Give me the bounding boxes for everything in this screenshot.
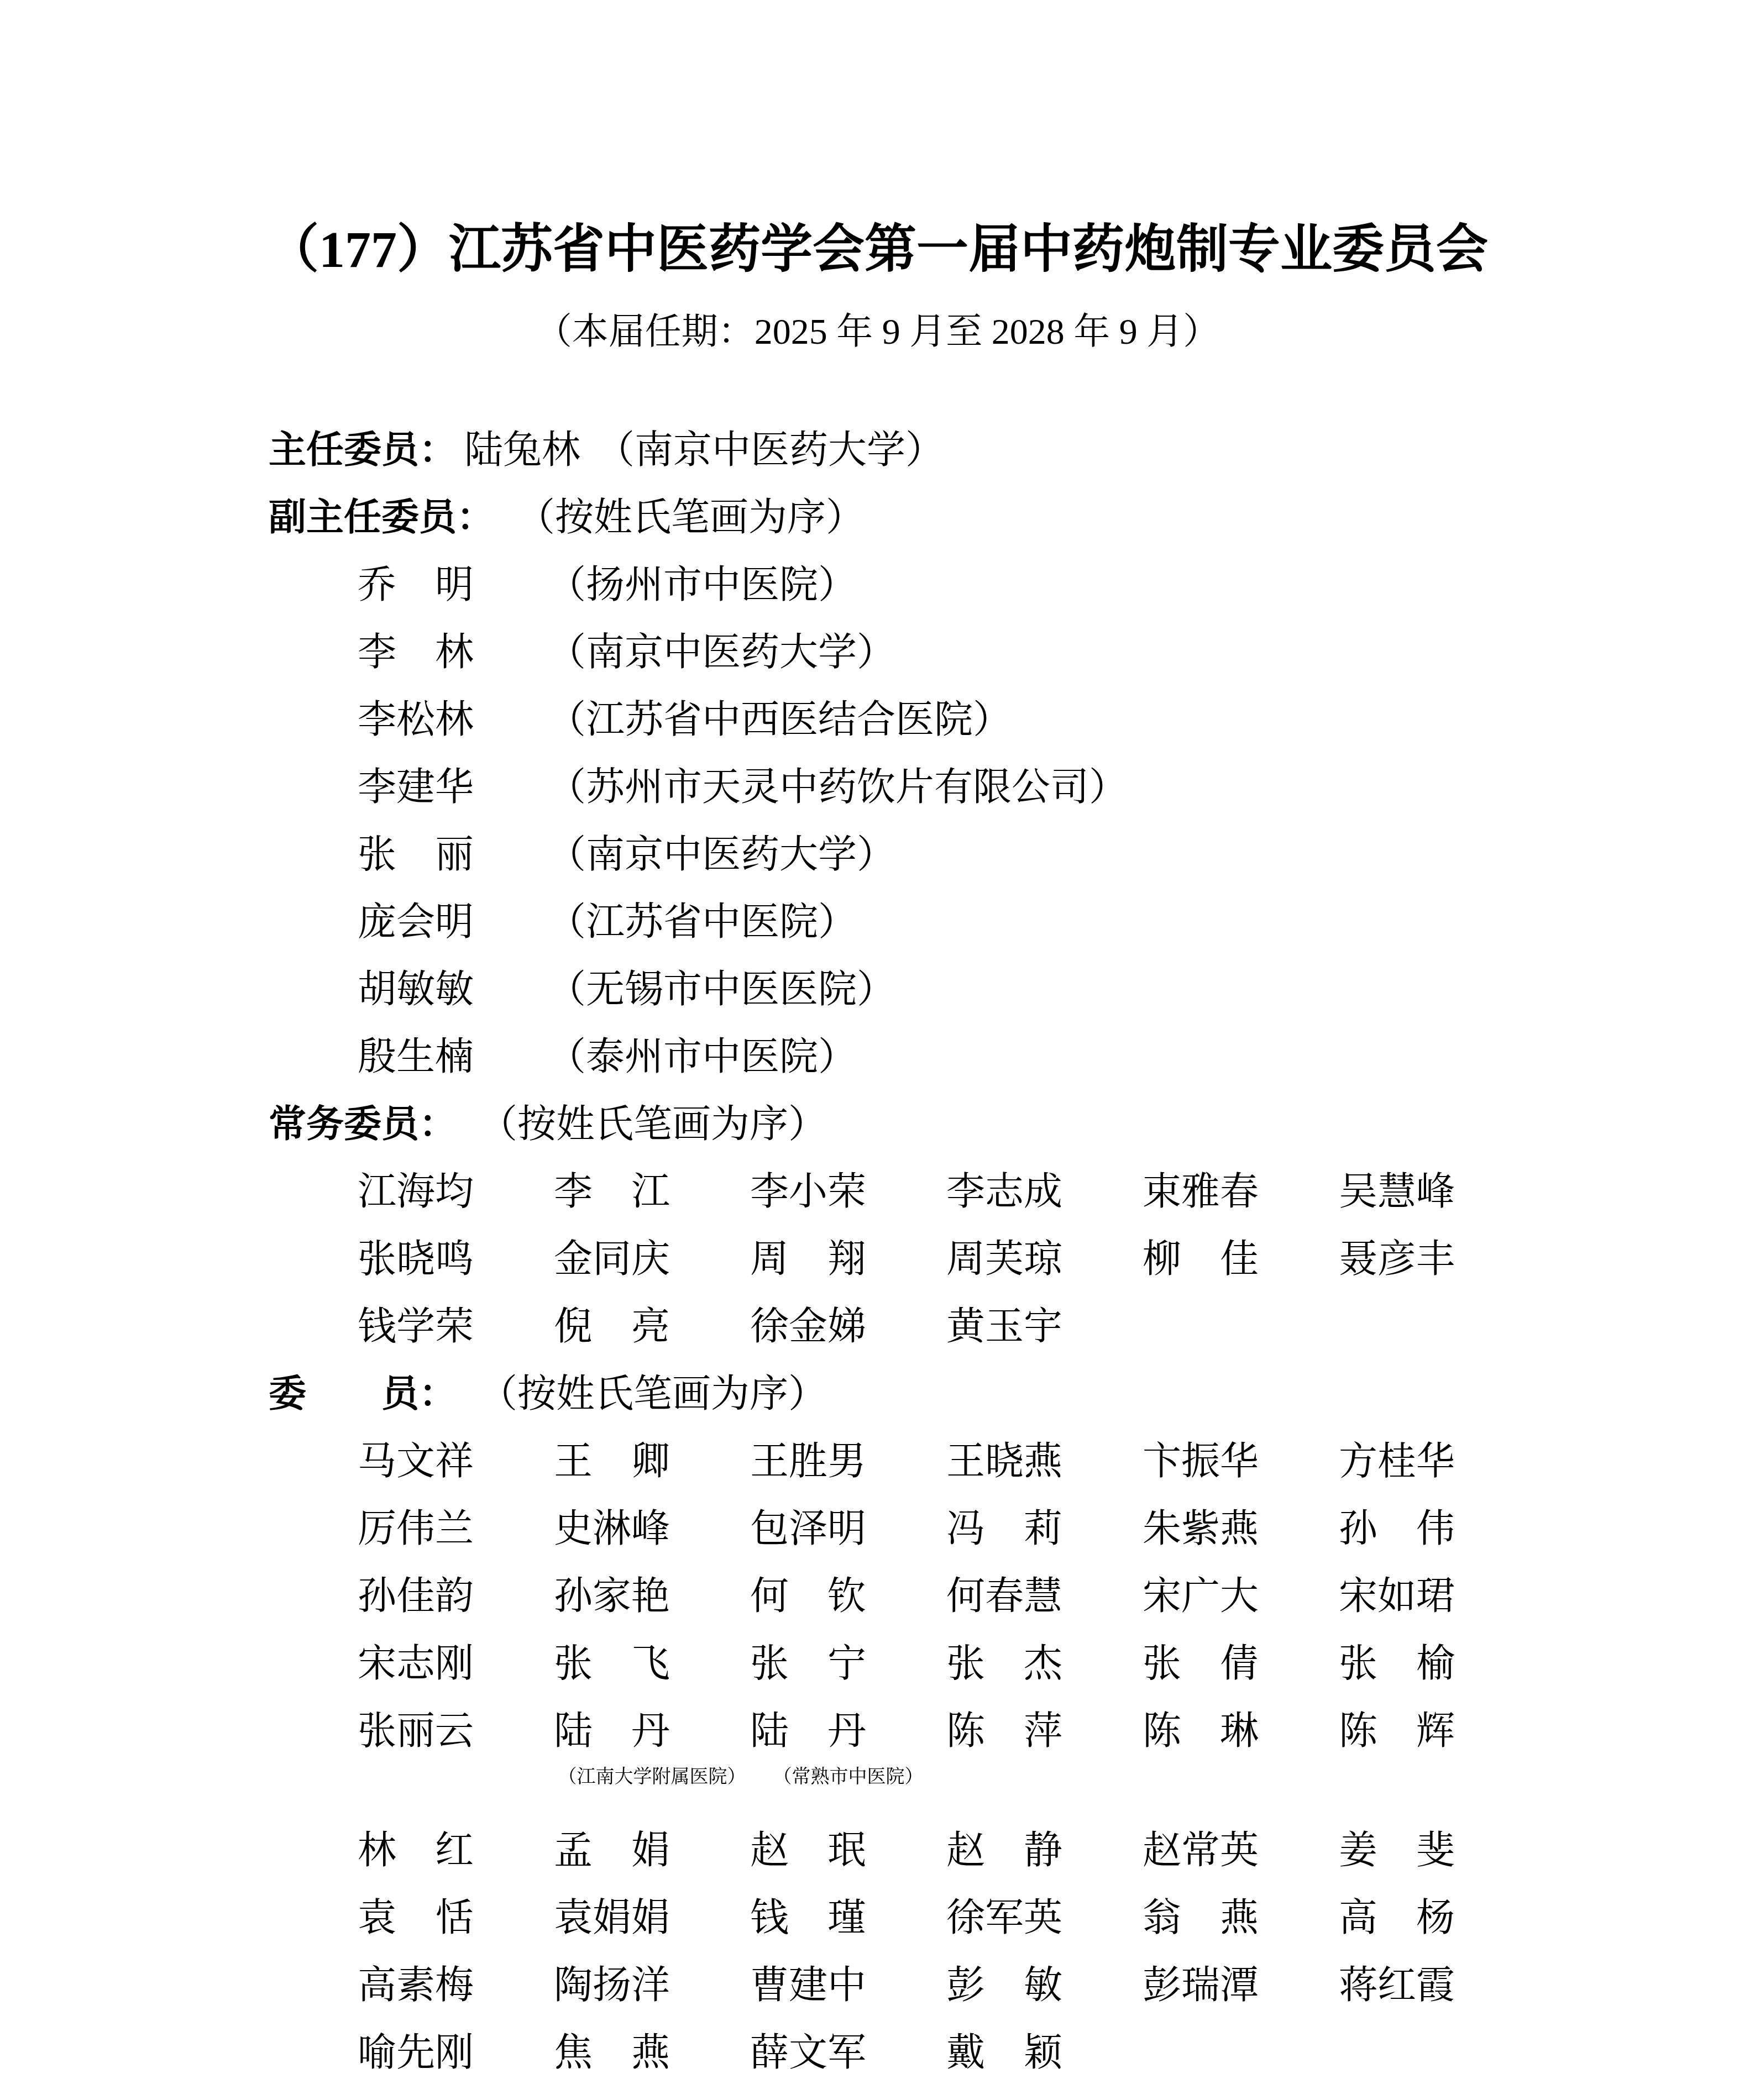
member-name: 冯 莉: [946, 1498, 1065, 1553]
vice-chair-org: （扬州市中医院）: [547, 554, 857, 610]
member-name: 金同庆: [554, 1228, 673, 1284]
member-name: 蒋红霞: [1339, 1954, 1458, 2010]
member-name: 钱学荣: [358, 1295, 476, 1351]
member-name: 张 倩: [1143, 1632, 1261, 1688]
page-title: （177）江苏省中医药学会第一届中药炮制专业委员会: [0, 218, 1755, 282]
member-name: 江海均: [358, 1161, 476, 1216]
member-name: 袁娟娟: [554, 1887, 673, 1943]
member-name: 彭瑞潭: [1143, 1954, 1261, 2010]
members-label: 委 员：: [269, 1364, 457, 1418]
member-name: 柳 佳: [1143, 1228, 1261, 1284]
member-annotation: （江南大学附属医院）: [554, 1765, 750, 1790]
member-name: 陆 丹: [554, 1700, 673, 1756]
members-row: 林 红 孟 娟 赵 珉 赵 静 赵常英 姜 斐: [269, 1813, 1755, 1881]
member-annotation: （常熟市中医院）: [750, 1765, 946, 1790]
vice-chair-name: 李松林: [358, 689, 476, 744]
document-page: { "page": { "title": "（177）江苏省中医药学会第一届中药…: [0, 0, 1755, 2100]
member-name: 姜 斐: [1339, 1819, 1458, 1875]
vice-chair-name: 殷生楠: [358, 1026, 476, 1081]
members-row: 喻先刚 焦 燕 薛文军 戴 颖: [269, 2015, 1755, 2083]
vice-chair-org: （江苏省中西医结合医院）: [547, 689, 1012, 744]
vice-chair-row: 李 林 （南京中医药大学）: [269, 615, 1755, 683]
member-name: 张 杰: [946, 1632, 1065, 1688]
member-name: 张 宁: [750, 1632, 869, 1688]
vice-chair-org: （苏州市天灵中药饮片有限公司）: [547, 756, 1128, 812]
member-name: 焦 燕: [554, 2022, 673, 2077]
members-row: 袁 恬 袁娟娟 钱 瑾 徐军英 翁 燕 高 杨: [269, 1881, 1755, 1948]
vice-chair-row: 李建华 （苏州市天灵中药饮片有限公司）: [269, 750, 1755, 817]
member-name: 李志成: [946, 1161, 1065, 1216]
member-name: 方桂华: [1339, 1430, 1458, 1486]
member-name: 林 红: [358, 1819, 476, 1875]
member-name: 王 卿: [554, 1430, 673, 1486]
member-name: 钱 瑾: [750, 1887, 869, 1943]
member-name: 厉伟兰: [358, 1498, 476, 1553]
member-name: 王晓燕: [946, 1430, 1065, 1486]
vice-chair-name: 乔 明: [358, 554, 476, 610]
members-note: （按姓氏笔画为序）: [479, 1363, 827, 1419]
members-row: 宋志刚 张 飞 张 宁 张 杰 张 倩 张 榆: [269, 1626, 1755, 1694]
member-name: 高素梅: [358, 1954, 476, 2010]
vice-chair-name: 李建华: [358, 756, 476, 812]
member-name: 喻先刚: [358, 2022, 476, 2077]
vice-chair-row: 乔 明 （扬州市中医院）: [269, 548, 1755, 615]
standing-note: （按姓氏笔画为序）: [479, 1093, 827, 1149]
member-name: 史淋峰: [554, 1498, 673, 1553]
vice-chair-org: （南京中医药大学）: [547, 621, 895, 677]
vice-chair-row: 庞会明 （江苏省中医院）: [269, 885, 1755, 952]
member-name: 吴慧峰: [1339, 1161, 1458, 1216]
member-name: 徐金娣: [750, 1295, 869, 1351]
vice-chairs-note: （按姓氏笔画为序）: [516, 486, 865, 542]
member-name: 张丽云: [358, 1700, 476, 1756]
members-row: 孙佳韵 孙家艳 何 钦 何春慧 宋广大 宋如珺: [269, 1559, 1755, 1626]
member-name: 何春慧: [946, 1565, 1065, 1621]
member-name: 王胜男: [750, 1430, 869, 1486]
member-name: 马文祥: [358, 1430, 476, 1486]
member-name: 聂彦丰: [1339, 1228, 1458, 1284]
member-name: 戴 颖: [946, 2022, 1065, 2077]
members-row: 厉伟兰 史淋峰 包泽明 冯 莉 朱紫燕 孙 伟: [269, 1492, 1755, 1559]
member-name: 孙家艳: [554, 1565, 673, 1621]
vice-chairs-header: 副主任委员： （按姓氏笔画为序）: [269, 480, 1755, 548]
member-name: 陈 辉: [1339, 1700, 1458, 1756]
member-name: 孙佳韵: [358, 1565, 476, 1621]
member-name: 周芙琼: [946, 1228, 1065, 1284]
vice-chair-org: （无锡市中医医院）: [547, 958, 895, 1014]
member-name: 赵 静: [946, 1819, 1065, 1875]
vice-chair-row: 殷生楠 （泰州市中医院）: [269, 1020, 1755, 1087]
vice-chair-name: 张 丽: [358, 823, 476, 879]
vice-chair-org: （南京中医药大学）: [547, 823, 895, 879]
member-name: 陈 萍: [946, 1700, 1065, 1756]
member-name: 周 翔: [750, 1228, 869, 1284]
vice-chair-row: 张 丽 （南京中医药大学）: [269, 817, 1755, 885]
vice-chair-name: 庞会明: [358, 891, 476, 947]
vice-chair-name: 胡敏敏: [358, 958, 476, 1014]
member-name: 宋志刚: [358, 1632, 476, 1688]
standing-label: 常务委员：: [269, 1094, 457, 1148]
standing-row: 江海均 李 江 李小荣 李志成 束雅春 吴慧峰: [269, 1154, 1755, 1222]
member-name: 黄玉宇: [946, 1295, 1065, 1351]
member-name: 李 江: [554, 1161, 673, 1216]
chair-name: 陆兔林: [464, 419, 580, 475]
member-name: 张 榆: [1339, 1632, 1458, 1688]
member-name: 卞振华: [1143, 1430, 1261, 1486]
chair-org: （南京中医药大学）: [596, 419, 944, 475]
members-row: 高素梅 陶扬洋 曹建中 彭 敏 彭瑞潭 蒋红霞: [269, 1948, 1755, 2015]
members-header: 委 员： （按姓氏笔画为序）: [269, 1357, 1755, 1424]
member-name: 赵常英: [1143, 1819, 1261, 1875]
members-row: 马文祥 王 卿 王胜男 王晓燕 卞振华 方桂华: [269, 1424, 1755, 1492]
vice-chairs-label: 副主任委员：: [269, 487, 494, 541]
vice-chair-row: 李松林 （江苏省中西医结合医院）: [269, 683, 1755, 750]
member-name: 薛文军: [750, 2022, 869, 2077]
member-name: 孙 伟: [1339, 1498, 1458, 1553]
annotation-row: （江南大学附属医院） （常熟市中医院）: [269, 1761, 1755, 1813]
member-name: 曹建中: [750, 1954, 869, 2010]
member-name: 陶扬洋: [554, 1954, 673, 2010]
vice-chair-row: 胡敏敏 （无锡市中医医院）: [269, 952, 1755, 1020]
vice-chair-org: （泰州市中医院）: [547, 1026, 857, 1081]
member-name: 宋广大: [1143, 1565, 1261, 1621]
standing-row: 钱学荣 倪 亮 徐金娣 黄玉宇: [269, 1289, 1755, 1357]
standing-row: 张晓鸣 金同庆 周 翔 周芙琼 柳 佳 聂彦丰: [269, 1222, 1755, 1289]
member-name: 高 杨: [1339, 1887, 1458, 1943]
member-name: 包泽明: [750, 1498, 869, 1553]
member-name: 朱紫燕: [1143, 1498, 1261, 1553]
member-name: 束雅春: [1143, 1161, 1261, 1216]
chair-row: 主任委员： 陆兔林 （南京中医药大学）: [269, 413, 1755, 480]
member-name: 彭 敏: [946, 1954, 1065, 2010]
member-name: 袁 恬: [358, 1887, 476, 1943]
member-name: 倪 亮: [554, 1295, 673, 1351]
member-name: 陈 琳: [1143, 1700, 1261, 1756]
member-name: 宋如珺: [1339, 1565, 1458, 1621]
committee-content: 主任委员： 陆兔林 （南京中医药大学） 副主任委员： （按姓氏笔画为序） 乔 明…: [0, 413, 1755, 2083]
member-name: 翁 燕: [1143, 1887, 1261, 1943]
member-name: 李小荣: [750, 1161, 869, 1216]
member-name: 陆 丹: [750, 1700, 869, 1756]
members-row: 张丽云 陆 丹 陆 丹 陈 萍 陈 琳 陈 辉: [269, 1694, 1755, 1761]
chair-label: 主任委员：: [269, 420, 457, 474]
vice-chair-org: （江苏省中医院）: [547, 891, 857, 947]
member-name: 张 飞: [554, 1632, 673, 1688]
member-name: 徐军英: [946, 1887, 1065, 1943]
member-name: 张晓鸣: [358, 1228, 476, 1284]
member-name: 赵 珉: [750, 1819, 869, 1875]
member-name: 何 钦: [750, 1565, 869, 1621]
vice-chair-name: 李 林: [358, 621, 476, 677]
term-subtitle: （本届任期：2025 年 9 月至 2028 年 9 月）: [0, 307, 1755, 358]
standing-header: 常务委员： （按姓氏笔画为序）: [269, 1087, 1755, 1154]
member-name: 孟 娟: [554, 1819, 673, 1875]
